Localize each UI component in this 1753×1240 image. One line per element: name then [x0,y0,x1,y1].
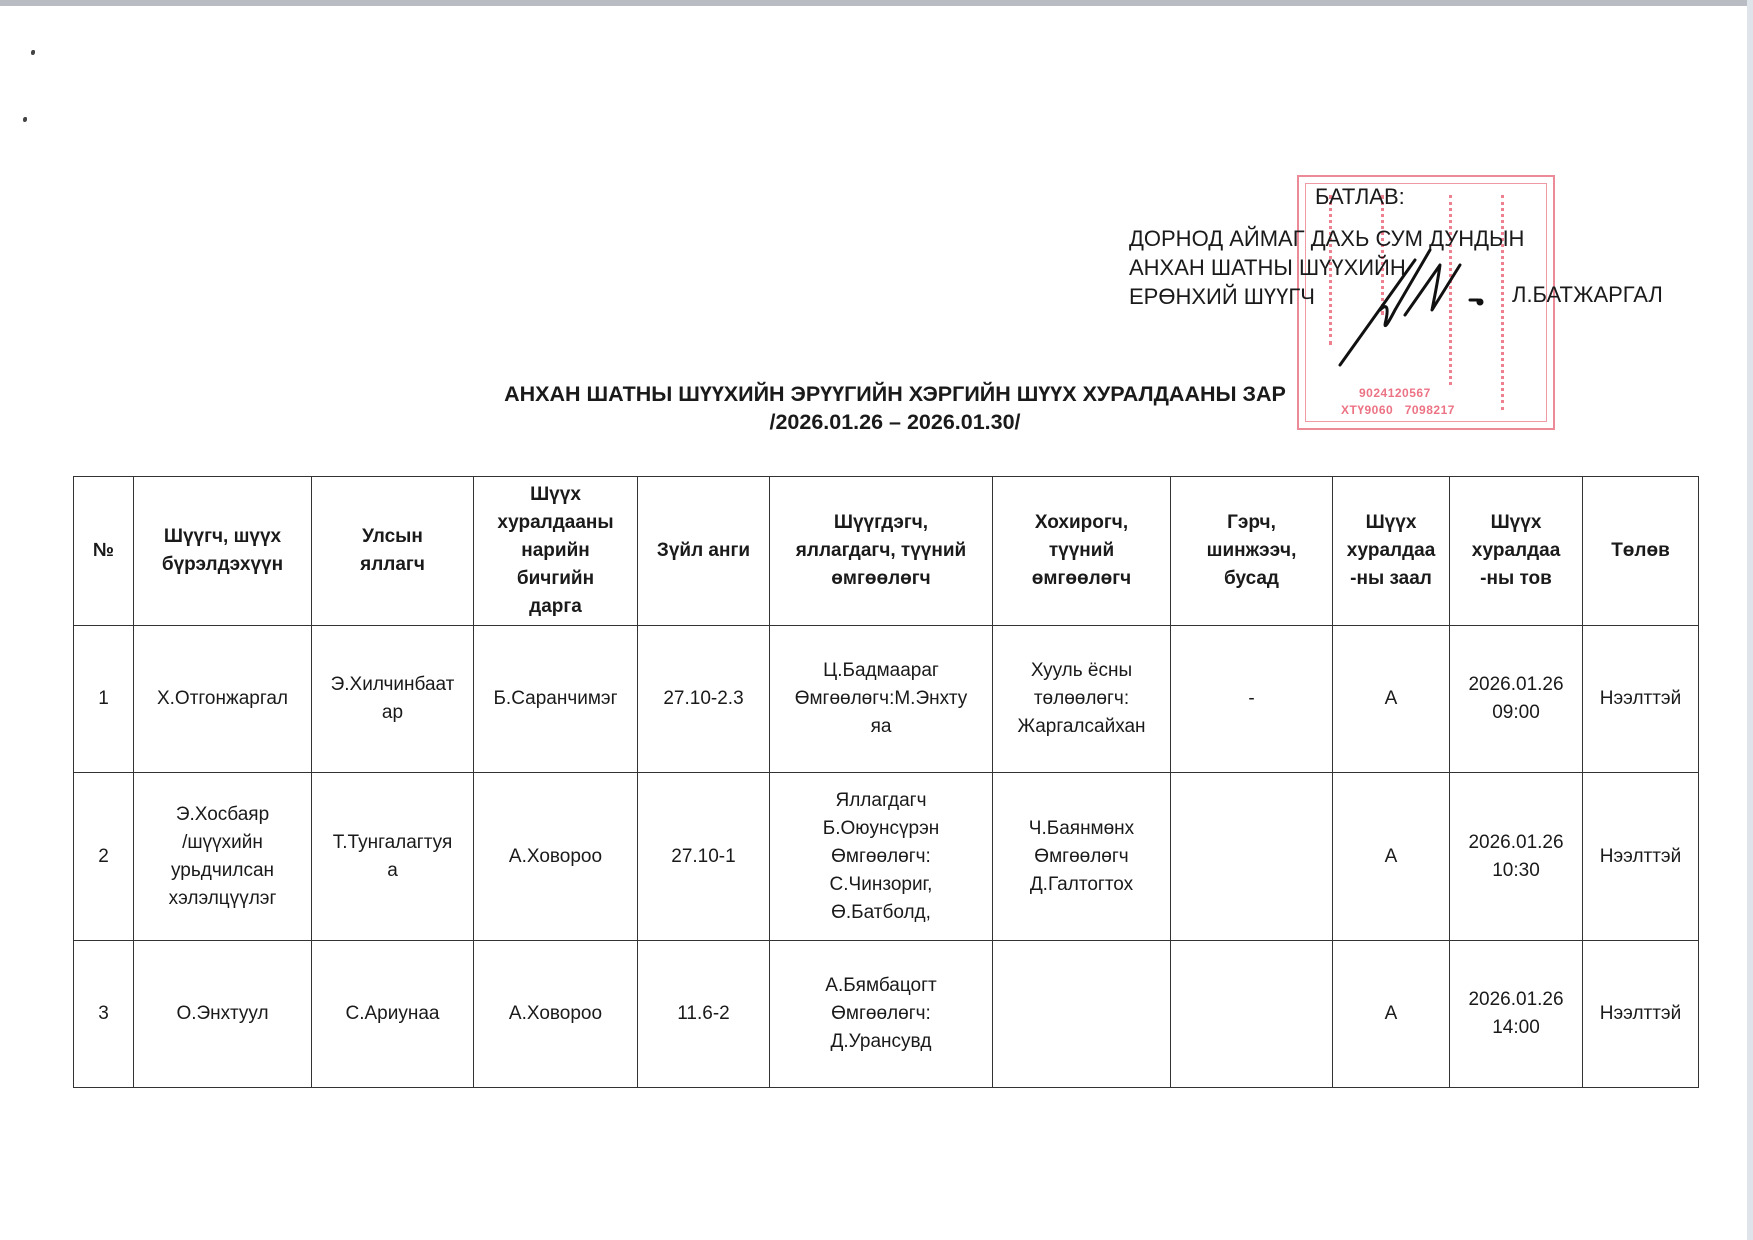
table-row: 1Х.ОтгонжаргалЭ.ХилчинбаатарБ.Саранчимэг… [74,626,1699,773]
courtroom-text: А [1337,1000,1445,1028]
defendant-text: Ө.Батболд, [774,899,988,927]
header-text: өмгөөлөгч [774,565,988,593]
header-text: Гэрч, [1175,509,1328,537]
header-text: Хохирогч, [997,509,1166,537]
article-text: 11.6-2 [642,1000,765,1028]
courtroom-text: А [1337,843,1445,871]
header-text: өмгөөлөгч [997,565,1166,593]
header-text: Шүүх [478,481,633,509]
judge-text: Х.Отгонжаргал [138,685,307,713]
header-col-victim: Хохирогч,түүнийөмгөөлөгч [993,477,1171,626]
header-text: нарийн [478,537,633,565]
cell-victim: Хууль ёснытөлөөлөгч:Жаргалсайхан [993,626,1171,773]
scan-speck [31,50,35,55]
cell-article: 11.6-2 [638,941,770,1088]
cell-secretary: А.Ховороо [474,773,638,941]
header-text: яллагч [316,551,469,579]
cell-judge: Э.Хосбаяр/шүүхийнурьдчилсанхэлэлцүүлэг [134,773,312,941]
header-text: Улсын [316,523,469,551]
header-text: № [78,537,129,565]
status-text: Нээлттэй [1587,843,1694,871]
header-text: хуралдаа [1454,537,1578,565]
courtroom-text: А [1337,685,1445,713]
defendant-text: А.Бямбацогт [774,972,988,1000]
prosecutor-text: С.Ариунаа [316,1000,469,1028]
cell-case-number: 3 [74,941,134,1088]
header-text: Зүйл анги [642,537,765,565]
cell-prosecutor: Э.Хилчинбаатар [312,626,474,773]
header-col-secretary: Шүүххуралдаанынарийнбичгийндарга [474,477,638,626]
header-text: бүрэлдэхүүн [138,551,307,579]
defendant-text: Өмгөөлөгч: [774,843,988,871]
header-text: Шүүгдэгч, [774,509,988,537]
defendant-text: Д.Урансувд [774,1028,988,1056]
header-col-schedule: Шүүххуралдаа-ны тов [1450,477,1583,626]
cell-schedule: 2026.01.2610:30 [1450,773,1583,941]
cell-judge: Х.Отгонжаргал [134,626,312,773]
cell-article: 27.10-2.3 [638,626,770,773]
secretary-text: А.Ховороо [478,843,633,871]
scan-top-edge [0,0,1753,6]
cell-defendant: ЯллагдагчБ.ОюунсүрэнӨмгөөлөгч:С.Чинзориг… [770,773,993,941]
cell-prosecutor: С.Ариунаа [312,941,474,1088]
judge-text: хэлэлцүүлэг [138,885,307,913]
secretary-text: А.Ховороо [478,1000,633,1028]
schedule-text: 2026.01.26 [1454,671,1578,699]
article-text: 27.10-2.3 [642,685,765,713]
header-text: яллагдагч, түүний [774,537,988,565]
cell-victim: Ч.БаянмөнхӨмгөөлөгчД.Галтогтох [993,773,1171,941]
scan-right-edge [1747,0,1753,1240]
header-col-witness: Гэрч,шинжээч,бусад [1171,477,1333,626]
prosecutor-text: а [316,857,469,885]
header-col-room: Шүүххуралдаа-ны заал [1333,477,1450,626]
victim-text: Өмгөөлөгч [997,843,1166,871]
cell-witness [1171,773,1333,941]
cell-status: Нээлттэй [1583,626,1699,773]
defendant-text: Б.Оюунсүрэн [774,815,988,843]
cell-article: 27.10-1 [638,773,770,941]
cell-schedule: 2026.01.2609:00 [1450,626,1583,773]
cell-schedule: 2026.01.2614:00 [1450,941,1583,1088]
article-text: 27.10-1 [642,843,765,871]
schedule-text: 09:00 [1454,699,1578,727]
cell-witness [1171,941,1333,1088]
defendant-text: С.Чинзориг, [774,871,988,899]
header-text: Шүүх [1337,509,1445,537]
header-text: -ны тов [1454,565,1578,593]
cell-courtroom: А [1333,773,1450,941]
header-text: шинжээч, [1175,537,1328,565]
victim-text: төлөөлөгч: [997,685,1166,713]
judge-text: урьдчилсан [138,857,307,885]
approval-signer-name: Л.БАТЖАРГАЛ [1512,282,1663,308]
victim-text: Жаргалсайхан [997,713,1166,741]
header-col-article: Зүйл анги [638,477,770,626]
schedule-text: 2026.01.26 [1454,829,1578,857]
table-row: 3О.ЭнхтуулС.АриунааА.Ховороо11.6-2А.Бямб… [74,941,1699,1088]
cell-defendant: Ц.БадмаарагӨмгөөлөгч:М.Энхтуяа [770,626,993,773]
header-text: Шүүгч, шүүх [138,523,307,551]
defendant-text: Өмгөөлөгч: [774,1000,988,1028]
document-period: /2026.01.26 – 2026.01.30/ [0,409,1753,435]
victim-text: Д.Галтогтох [997,871,1166,899]
header-col-number: № [74,477,134,626]
scan-speck [23,117,27,122]
header-text: хуралдааны [478,509,633,537]
cell-courtroom: А [1333,941,1450,1088]
header-col-judge: Шүүгч, шүүхбүрэлдэхүүн [134,477,312,626]
cell-status: Нээлттэй [1583,941,1699,1088]
judge-text: Э.Хосбаяр [138,801,307,829]
header-text: Төлөв [1587,537,1694,565]
header-col-prosecutor: Улсыняллагч [312,477,474,626]
cell-victim [993,941,1171,1088]
cell-secretary: Б.Саранчимэг [474,626,638,773]
schedule-text: 2026.01.26 [1454,986,1578,1014]
table-row: 2Э.Хосбаяр/шүүхийнурьдчилсанхэлэлцүүлэгТ… [74,773,1699,941]
approval-heading: БАТЛАВ: [1315,184,1405,210]
schedule-text: 10:30 [1454,857,1578,885]
header-col-defendant: Шүүгдэгч,яллагдагч, түүнийөмгөөлөгч [770,477,993,626]
header-text: Шүүх [1454,509,1578,537]
defendant-text: яа [774,713,988,741]
header-text: бичгийн [478,565,633,593]
prosecutor-text: ар [316,699,469,727]
cell-status: Нээлттэй [1583,773,1699,941]
cell-courtroom: А [1333,626,1450,773]
cell-case-number: 2 [74,773,134,941]
victim-text: Хууль ёсны [997,657,1166,685]
cell-defendant: А.БямбацогтӨмгөөлөгч:Д.Урансувд [770,941,993,1088]
secretary-text: Б.Саранчимэг [478,685,633,713]
defendant-text: Ц.Бадмаараг [774,657,988,685]
cell-secretary: А.Ховороо [474,941,638,1088]
schedule-text: 14:00 [1454,1014,1578,1042]
header-col-status: Төлөв [1583,477,1699,626]
defendant-text: Өмгөөлөгч:М.Энхту [774,685,988,713]
header-text: түүний [997,537,1166,565]
header-text: хуралдаа [1337,537,1445,565]
cell-witness: - [1171,626,1333,773]
cell-judge: О.Энхтуул [134,941,312,1088]
judge-text: О.Энхтуул [138,1000,307,1028]
header-text: бусад [1175,565,1328,593]
header-text: дарга [478,593,633,621]
document-title: АНХАН ШАТНЫ ШҮҮХИЙН ЭРҮҮГИЙН ХЭРГИЙН ШҮҮ… [0,381,1753,407]
prosecutor-text: Т.Тунгалагтуя [316,829,469,857]
handwritten-signature [1320,240,1490,370]
header-text: -ны заал [1337,565,1445,593]
judge-text: /шүүхийн [138,829,307,857]
defendant-text: Яллагдагч [774,787,988,815]
hearing-schedule-table: №Шүүгч, шүүхбүрэлдэхүүнУлсыняллагчШүүхху… [73,476,1699,1088]
table-header-row: №Шүүгч, шүүхбүрэлдэхүүнУлсыняллагчШүүхху… [74,477,1699,626]
status-text: Нээлттэй [1587,1000,1694,1028]
witness-text: - [1175,685,1328,713]
cell-prosecutor: Т.Тунгалагтуяа [312,773,474,941]
victim-text: Ч.Баянмөнх [997,815,1166,843]
cell-case-number: 1 [74,626,134,773]
status-text: Нээлттэй [1587,685,1694,713]
prosecutor-text: Э.Хилчинбаат [316,671,469,699]
